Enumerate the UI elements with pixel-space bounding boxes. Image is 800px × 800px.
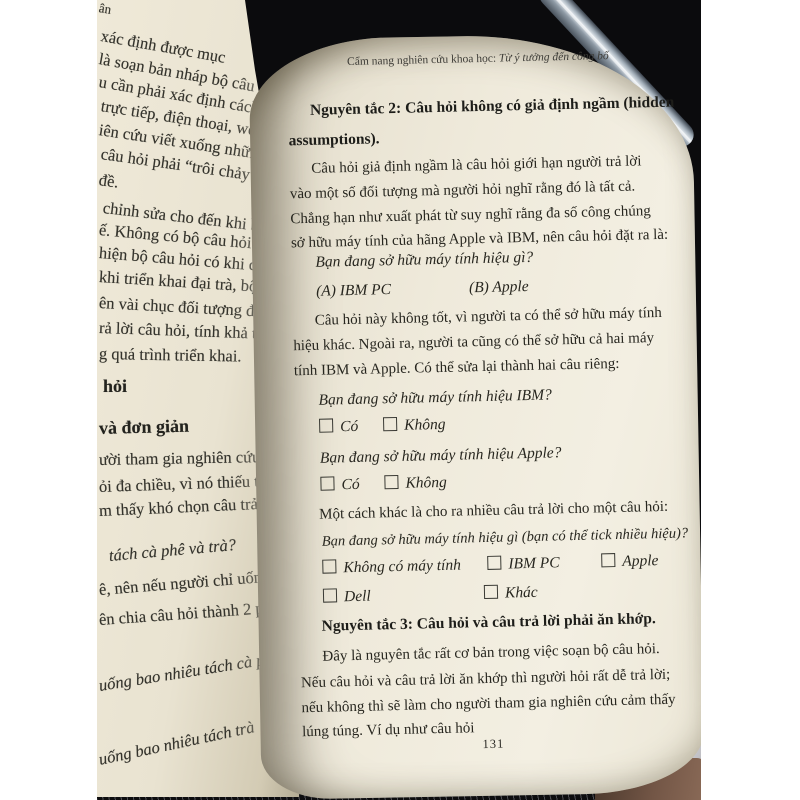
left-page-line: m thấy khó chọn câu trả lờ xyxy=(99,493,276,521)
right-page-text: Cẩm nang nghiên cứu khoa học: Từ ý tưởng… xyxy=(286,0,686,800)
choice-other: Khác xyxy=(484,584,538,603)
choice-ibm-pc: IBM PC xyxy=(487,554,560,574)
answer-no-label: Không xyxy=(405,474,447,492)
paragraph-line: tính IBM và Apple. Có thể sửa lại thành … xyxy=(294,354,620,381)
checkbox-icon xyxy=(320,476,334,490)
answer-yes: Có xyxy=(319,418,358,437)
answer-no: Không xyxy=(384,474,447,493)
paragraph-line: Đây là nguyên tắc rất cơ bản trong việc … xyxy=(300,639,660,667)
paragraph-line: Nếu câu hỏi và câu trả lời ăn khớp thì n… xyxy=(301,665,671,693)
answer-yes: Có xyxy=(320,476,359,495)
option-a: (A) IBM PC xyxy=(316,281,391,301)
principle2-heading: assumptions). xyxy=(288,129,379,151)
left-page-line: ên vài chục đối tượng để xyxy=(98,293,262,321)
choice-apple: Apple xyxy=(601,552,659,571)
paragraph-line: vào một số đối tượng mà người hỏi nghĩ r… xyxy=(290,177,636,205)
choice-no-computer: Không có máy tính xyxy=(322,557,461,578)
checkbox-icon xyxy=(319,418,333,432)
running-header-subtitle: Từ ý tưởng đến công bố xyxy=(499,50,609,64)
principle3-heading: Nguyên tắc 3: Câu hỏi và câu trả lời phả… xyxy=(299,609,655,637)
left-page-heading-fragment: và đơn giản xyxy=(99,416,190,439)
choice-label: IBM PC xyxy=(508,554,560,572)
paragraph-line: hiệu khác. Ngoài ra, người ta cũng có th… xyxy=(293,328,654,356)
checkbox-icon xyxy=(487,556,501,570)
left-page-line: ỏi đa chiều, vì nó thiếu tín xyxy=(99,471,272,497)
left-page-line: tách cà phê và trà? xyxy=(108,535,237,566)
paragraph-line: Câu hỏi giả định ngầm là câu hỏi giới hạ… xyxy=(289,151,642,179)
checkbox-icon xyxy=(323,588,337,602)
book-photo: ân xác định được mục là soạn bản nháp bộ… xyxy=(97,0,701,800)
paragraph-line: Câu hỏi này không tốt, vì người ta có th… xyxy=(293,303,662,331)
paragraph-line: nếu không thì sẽ làm cho người tham gia … xyxy=(301,690,675,718)
checkbox-icon xyxy=(484,585,498,599)
question-4: Bạn đang sở hữu máy tính hiệu gì (bạn có… xyxy=(322,523,689,551)
principle2-heading: Nguyên tắc 2: Câu hỏi không có giả định … xyxy=(288,93,675,122)
left-page-line: rả lời câu hỏi, tính khả thi xyxy=(99,318,270,344)
left-page-line: uống bao nhiêu tách trà xyxy=(97,717,256,770)
left-page-header-fragment: ân xyxy=(98,0,113,18)
question-1: Bạn đang sở hữu máy tính hiệu gì? xyxy=(315,248,533,273)
left-page-line: ên chia câu hỏi thành 2 phầ xyxy=(98,597,279,630)
running-header-title: Cẩm nang nghiên cứu khoa học: xyxy=(347,53,499,68)
choice-label: Dell xyxy=(344,588,371,606)
answer-yes-label: Có xyxy=(340,418,358,435)
checkbox-icon xyxy=(601,553,615,567)
checkbox-icon xyxy=(384,475,398,489)
running-header: Cẩm nang nghiên cứu khoa học: Từ ý tưởng… xyxy=(293,49,663,69)
checkbox-icon xyxy=(383,417,397,431)
choice-label: Khác xyxy=(505,584,538,602)
left-page-heading-fragment: hỏi xyxy=(103,376,127,397)
left-page-line: g quá trình triển khai. xyxy=(99,344,242,366)
question-3: Bạn đang sở hữu máy tính hiệu Apple? xyxy=(320,443,562,468)
paragraph-line: Chẳng hạn như xuất phát từ suy nghĩ rằng… xyxy=(290,201,651,229)
answer-no: Không xyxy=(383,416,446,435)
left-page-line: ê, nên nếu người chỉ uống xyxy=(98,567,271,600)
left-page-line: uống bao nhiêu tách cà phê xyxy=(97,648,281,696)
paragraph-line: Một cách khác là cho ra nhiều câu trả lờ… xyxy=(297,497,668,525)
question-2: Bạn đang sở hữu máy tính hiệu IBM? xyxy=(318,385,552,410)
screenshot: ân xác định được mục là soạn bản nháp bộ… xyxy=(0,0,800,800)
answer-yes-label: Có xyxy=(341,476,359,493)
option-b: (B) Apple xyxy=(469,278,529,297)
checkbox-icon xyxy=(322,559,336,573)
answer-no-label: Không xyxy=(404,416,446,434)
choice-dell: Dell xyxy=(323,588,371,607)
choice-label: Apple xyxy=(622,552,659,570)
choice-label: Không có máy tính xyxy=(343,557,461,577)
left-page-line: đề. xyxy=(98,170,120,193)
